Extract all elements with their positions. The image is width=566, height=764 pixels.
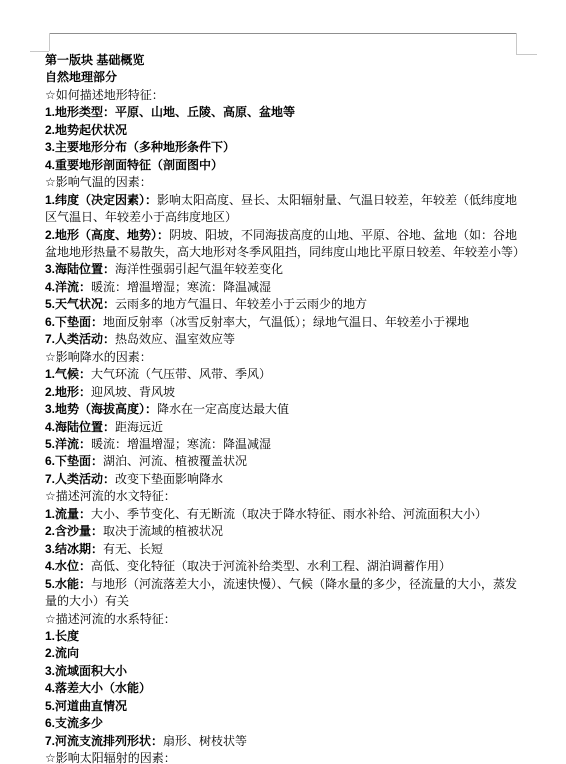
item-label: 6.下垫面： (45, 454, 103, 468)
item-text: 大小、季节变化、有无断流（取决于降水特征、雨水补给、河流面积大小） (91, 507, 487, 521)
item-label: 2.地势起伏状况 (45, 123, 127, 137)
item-text: 距海远近 (115, 420, 163, 434)
section-heading: ☆影响降水的因素： (45, 349, 523, 366)
item-label: 3.主要地形分布（多种地形条件下） (45, 140, 235, 154)
item-label: 3.海陆位置： (45, 262, 115, 276)
item-label: 2.含沙量： (45, 524, 103, 538)
list-item: 5.河道曲直情况 (45, 698, 523, 715)
item-label: 3.地势（海拔高度）： (45, 402, 157, 416)
item-text: 云雨多的地方气温日、年较差小于云雨少的地方 (115, 297, 367, 311)
item-label: 4.水位： (45, 559, 91, 573)
list-item: 3.地势（海拔高度）：降水在一定高度达最大值 (45, 401, 523, 418)
item-text: 改变下垫面影响降水 (115, 472, 223, 486)
item-label: 7.河流支流排列形状： (45, 734, 163, 748)
document-page: 第一版块 基础概览自然地理部分☆如何描述地形特征：1.地形类型：平原、山地、丘陵… (0, 0, 566, 764)
list-item: 6.下垫面：湖泊、河流、植被覆盖状况 (45, 453, 523, 470)
list-item: 3.主要地形分布（多种地形条件下） (45, 139, 523, 156)
item-text: 大气环流（气压带、风带、季风） (91, 367, 271, 381)
doc-title-line: 自然地理部分 (45, 69, 523, 86)
list-item: 4.重要地形剖面特征（剖面图中） (45, 157, 523, 174)
item-label: 4.落差大小（水能） (45, 681, 151, 695)
document-content: 第一版块 基础概览自然地理部分☆如何描述地形特征：1.地形类型：平原、山地、丘陵… (45, 52, 523, 764)
list-item: 6.支流多少 (45, 715, 523, 732)
section-heading: ☆如何描述地形特征： (45, 87, 523, 104)
item-label: 5.河道曲直情况 (45, 699, 127, 713)
item-text: 有无、长短 (103, 542, 163, 556)
list-item: 4.洋流：暖流：增温增湿；寒流：降温减湿 (45, 279, 523, 296)
item-label: 5.天气状况： (45, 297, 115, 311)
item-label: 1.纬度（决定因素）： (45, 193, 157, 207)
list-item: 1.纬度（决定因素）：影响太阳高度、昼长、太阳辐射量、气温日较差，年较差（低纬度… (45, 192, 523, 227)
list-item: 2.地形（高度、地势）：阴坡、阳坡，不同海拔高度的山地、平原、谷地、盆地（如：谷… (45, 227, 523, 262)
item-label: 1.气候： (45, 367, 91, 381)
list-item: 1.气候：大气环流（气压带、风带、季风） (45, 366, 523, 383)
list-item: 4.海陆位置：距海远近 (45, 419, 523, 436)
list-item: 7.人类活动：热岛效应、温室效应等 (45, 331, 523, 348)
item-label: 3.流域面积大小 (45, 664, 127, 678)
item-label: 7.人类活动： (45, 332, 115, 346)
page-frame-left-edge (49, 33, 50, 51)
item-label: 1.长度 (45, 629, 79, 643)
item-text: 湖泊、河流、植被覆盖状况 (103, 454, 247, 468)
list-item: 5.天气状况：云雨多的地方气温日、年较差小于云雨少的地方 (45, 296, 523, 313)
section-heading: ☆影响太阳辐射的因素： (45, 750, 523, 764)
list-item: 1.地形类型：平原、山地、丘陵、高原、盆地等 (45, 104, 523, 121)
item-label: 5.水能： (45, 577, 91, 591)
list-item: 3.流域面积大小 (45, 663, 523, 680)
list-item: 5.洋流：暖流：增温增湿；寒流：降温减湿 (45, 436, 523, 453)
section-heading: ☆描述河流的水文特征： (45, 488, 523, 505)
list-item: 2.地形：迎风坡、背风坡 (45, 384, 523, 401)
doc-title-line: 第一版块 基础概览 (45, 52, 523, 69)
item-text: 暖流：增温增湿；寒流：降温减湿 (91, 437, 271, 451)
item-text: 降水在一定高度达最大值 (157, 402, 289, 416)
item-label: 4.海陆位置： (45, 420, 115, 434)
item-text: 暖流：增温增湿；寒流：降温减湿 (91, 280, 271, 294)
item-label: 1.地形类型：平原、山地、丘陵、高原、盆地等 (45, 105, 295, 119)
item-label: 3.结冰期： (45, 542, 103, 556)
item-text: 与地形（河流落差大小，流速快慢）、气候（降水量的多少，径流量的大小，蒸发量的大小… (45, 577, 517, 608)
item-label: 1.流量： (45, 507, 91, 521)
list-item: 1.长度 (45, 628, 523, 645)
list-item: 2.流向 (45, 645, 523, 662)
list-item: 5.水能：与地形（河流落差大小，流速快慢）、气候（降水量的多少，径流量的大小，蒸… (45, 576, 523, 611)
item-label: 6.下垫面： (45, 315, 103, 329)
list-item: 3.海陆位置：海洋性强弱引起气温年较差变化 (45, 261, 523, 278)
item-text: 高低、变化特征（取决于河流补给类型、水利工程、湖泊调蓄作用） (91, 559, 451, 573)
item-label: 6.支流多少 (45, 716, 103, 730)
list-item: 4.落差大小（水能） (45, 680, 523, 697)
item-label: 4.重要地形剖面特征（剖面图中） (45, 158, 223, 172)
item-label: 5.洋流： (45, 437, 91, 451)
item-text: 扇形、树枝状等 (163, 734, 247, 748)
list-item: 1.流量：大小、季节变化、有无断流（取决于降水特征、雨水补给、河流面积大小） (45, 506, 523, 523)
list-item: 3.结冰期：有无、长短 (45, 541, 523, 558)
item-text: 热岛效应、温室效应等 (115, 332, 235, 346)
item-text: 地面反射率（冰雪反射率大，气温低）；绿地气温日、年较差小于裸地 (103, 315, 469, 329)
item-label: 7.人类活动： (45, 472, 115, 486)
item-label: 2.地形： (45, 385, 91, 399)
item-label: 4.洋流： (45, 280, 91, 294)
page-frame-right-edge (516, 33, 517, 54)
item-label: 2.地形（高度、地势）： (45, 228, 169, 242)
page-frame-top-line (49, 33, 517, 34)
list-item: 2.含沙量：取决于流域的植被状况 (45, 523, 523, 540)
item-label: 2.流向 (45, 646, 79, 660)
section-heading: ☆描述河流的水系特征： (45, 611, 523, 628)
list-item: 2.地势起伏状况 (45, 122, 523, 139)
item-text: 海洋性强弱引起气温年较差变化 (115, 262, 283, 276)
section-heading: ☆影响气温的因素： (45, 174, 523, 191)
list-item: 6.下垫面：地面反射率（冰雪反射率大，气温低）；绿地气温日、年较差小于裸地 (45, 314, 523, 331)
list-item: 4.水位：高低、变化特征（取决于河流补给类型、水利工程、湖泊调蓄作用） (45, 558, 523, 575)
list-item: 7.河流支流排列形状：扇形、树枝状等 (45, 733, 523, 750)
item-text: 取决于流域的植被状况 (103, 524, 223, 538)
item-text: 迎风坡、背风坡 (91, 385, 175, 399)
list-item: 7.人类活动：改变下垫面影响降水 (45, 471, 523, 488)
